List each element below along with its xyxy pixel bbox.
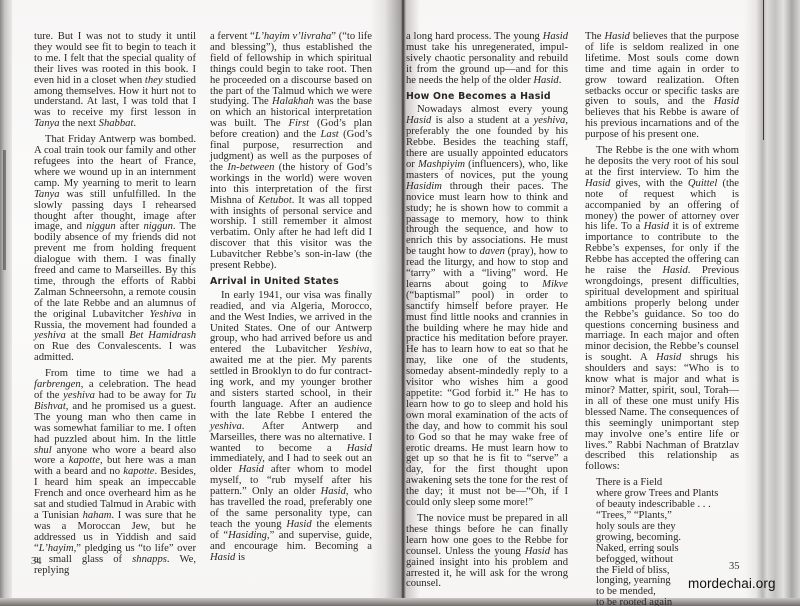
italic-term: Hasid [210, 552, 235, 563]
italic-term: Hasid [321, 486, 346, 497]
italic-term: Shabbat [99, 118, 134, 129]
italic-term: Hasidim [406, 181, 442, 192]
italic-term: Halakhah [272, 96, 314, 107]
italic-term: L’hayim v’livraha [255, 31, 331, 42]
poem-line: to be rooted again [596, 598, 739, 606]
body-paragraph: The Hasid believes that the purpose of l… [585, 32, 739, 141]
page-number-left: 34 [31, 556, 42, 567]
body-paragraph: a long hard process. The young Hasid mus… [406, 32, 568, 87]
italic-term: Hasid [605, 31, 630, 42]
italic-term: Hasid [543, 31, 568, 42]
right-page-column-2: The Hasid believes that the purpose of l… [585, 32, 739, 606]
section-heading: How One Becomes a Hasid [406, 92, 568, 103]
page-number-right: 35 [729, 561, 740, 572]
italic-term: yeshiva [34, 330, 66, 341]
italic-term: shnapps [132, 554, 167, 565]
italic-term: Hasid [644, 221, 669, 232]
italic-term: Hasid [525, 546, 550, 557]
italic-term: haham [83, 510, 112, 521]
italic-term: Yeshiva [150, 309, 182, 320]
body-paragraph: The novice must be prepared in all these… [406, 514, 568, 590]
italic-term: Hasid [585, 178, 610, 189]
italic-term: Mikve [542, 279, 568, 290]
italic-term: In-be­tween [227, 162, 274, 173]
magazine-spread: ture. But I was not to study it until th… [0, 0, 800, 606]
italic-term: Last [321, 129, 339, 140]
italic-term: Hasiding [228, 530, 267, 541]
italic-term: Hasid [347, 443, 372, 454]
body-paragraph: That Friday Antwerp was bombed. A coal t… [34, 135, 196, 364]
italic-term: Hasid [656, 352, 681, 363]
italic-term: Hasid [533, 75, 558, 86]
right-page-column-1: a long hard process. The young Hasid mus… [406, 32, 568, 595]
italic-term: they [145, 75, 163, 86]
body-paragraph: a fervent “L’hayim v’livraha” (“to life … [210, 32, 372, 272]
italic-term: Hasid [662, 265, 687, 276]
italic-term: kapotte [123, 466, 154, 477]
italic-term: daven [480, 246, 505, 257]
left-page-edge [0, 0, 12, 606]
poem-line: Naked, erring souls [596, 544, 739, 555]
italic-term: farbren­gen [34, 379, 81, 390]
italic-term: niggun [143, 221, 172, 232]
body-paragraph: The Rebbe is the one with whom he deposi… [585, 146, 739, 473]
italic-term: yeshiva [534, 115, 566, 126]
body-paragraph: In early 1941, our visa was finally read… [210, 291, 372, 564]
italic-term: Mash­piyim [418, 159, 465, 170]
italic-term: Tanya [34, 189, 60, 200]
watermark-text: mordechai.org [688, 576, 776, 591]
italic-term: Ketubot [258, 195, 292, 206]
italic-term: kapotte [69, 455, 100, 466]
italic-term: yeshiva [210, 421, 242, 432]
italic-term: yeshiva [63, 390, 95, 401]
italic-term: Tanya [34, 118, 60, 129]
italic-term: shul [34, 445, 52, 456]
italic-term: Yeshiva [337, 344, 369, 355]
right-page-edge [745, 0, 800, 606]
italic-term: Hasid [286, 519, 311, 530]
italic-term: Bet Hamidrash [129, 330, 196, 341]
section-heading: Arrival in United States [210, 277, 372, 288]
italic-term: Tu Bishvat [34, 390, 196, 412]
body-paragraph: Nowadays almost every young Hasid is als… [406, 105, 568, 509]
italic-term: Hasid [714, 96, 739, 107]
italic-term: Hasid [239, 464, 264, 475]
italic-term: Hasid [406, 115, 431, 126]
poem-line: befogged, without [596, 555, 739, 566]
italic-term: L’hayim [39, 543, 74, 554]
italic-term: niggun [86, 221, 115, 232]
body-paragraph: From time to time we had a farbren­gen, … [34, 369, 196, 576]
left-page-column-2: a fervent “L’hayim v’livraha” (“to life … [210, 32, 372, 569]
italic-term: Quittel [688, 178, 717, 189]
left-page-column-1: ture. But I was not to study it until th… [34, 32, 196, 581]
italic-term: First [289, 118, 310, 129]
body-paragraph: ture. But I was not to study it until th… [34, 32, 196, 130]
